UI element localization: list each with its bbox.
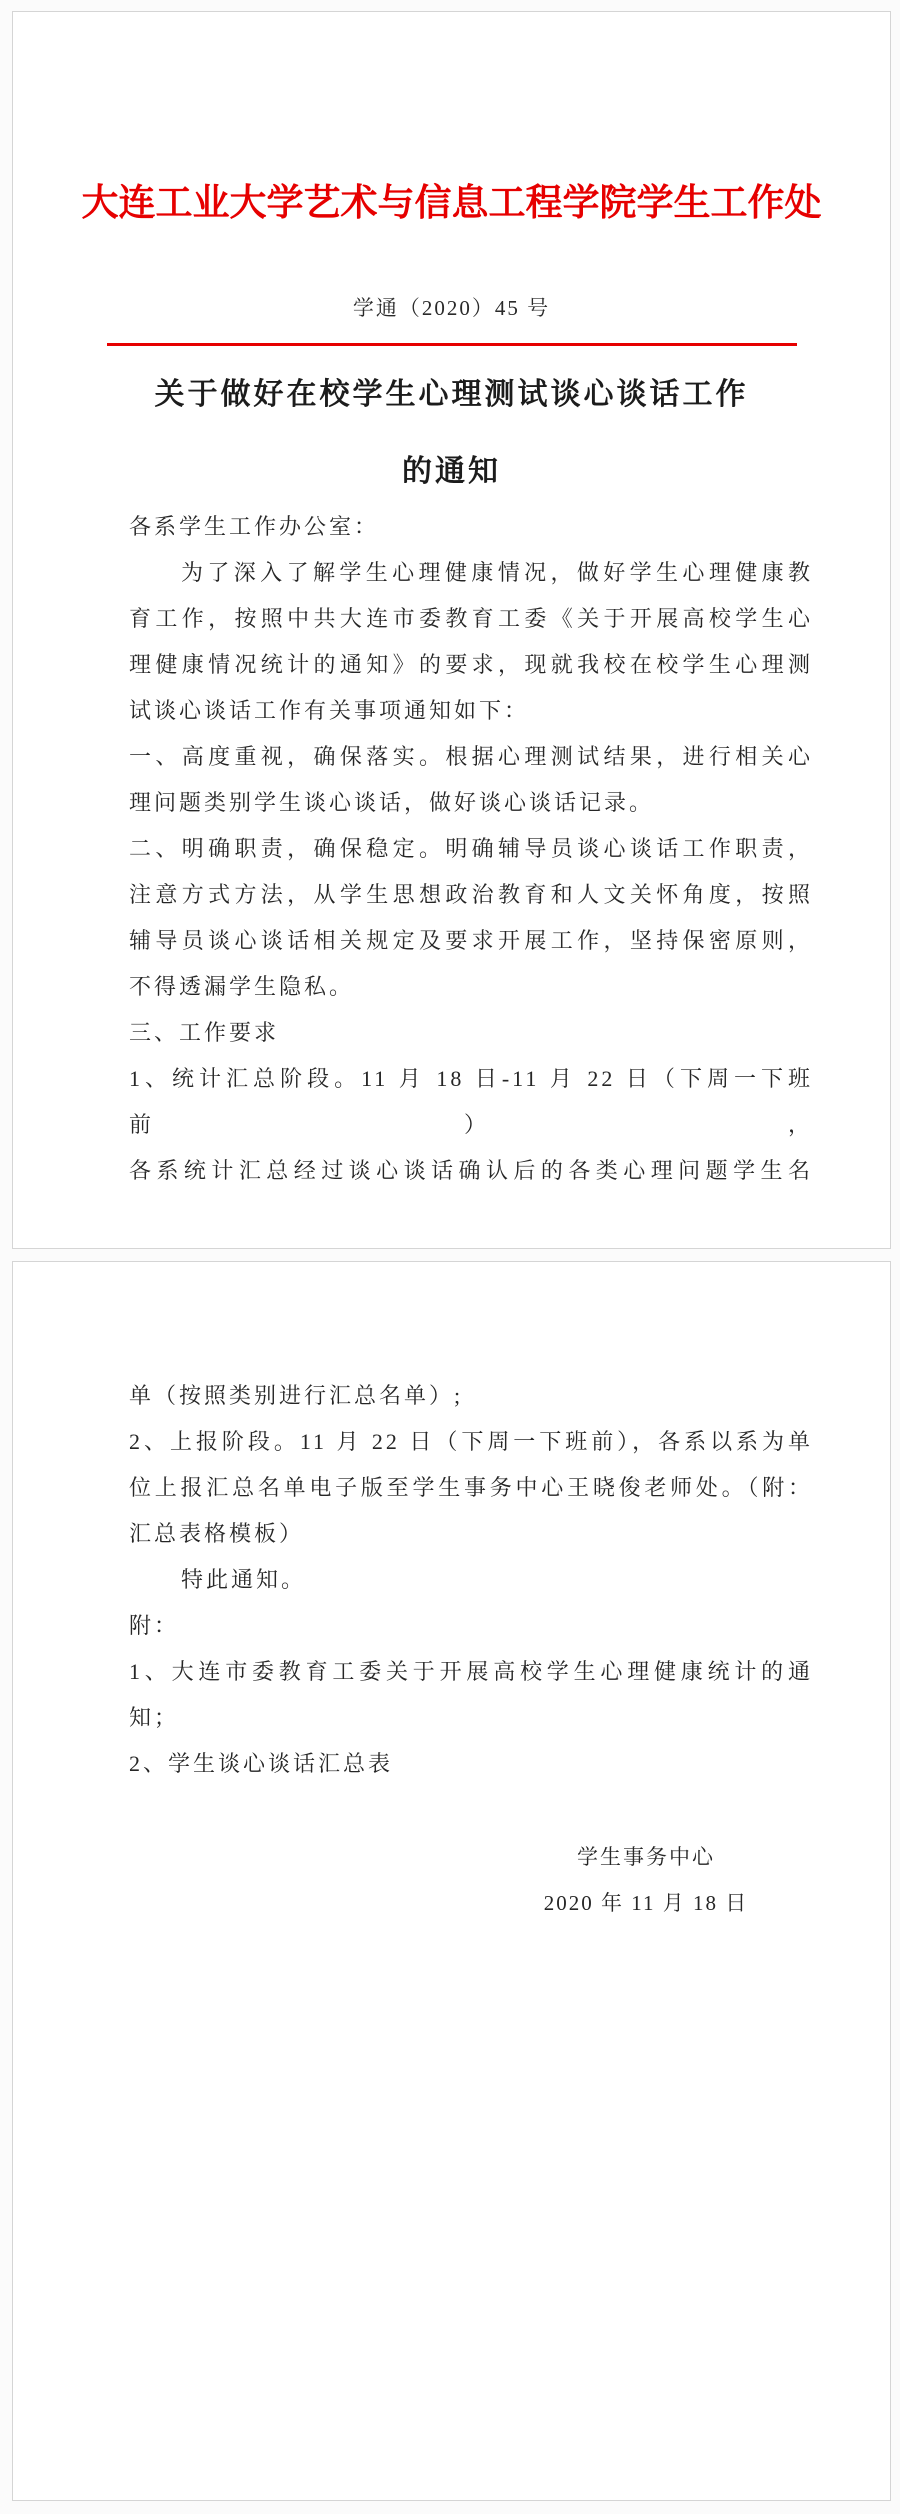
page1-body: 各系学生工作办公室：为了深入了解学生心理健康情况，做好学生心理健康教育工作，按照…	[129, 504, 813, 1194]
body-line: 1、大连市委教育工委关于开展高校学生心理健康统计的通	[129, 1649, 813, 1695]
body-line: 注意方式方法，从学生思想政治教育和人文关怀角度，按照	[129, 872, 813, 918]
body-line: 为了深入了解学生心理健康情况，做好学生心理健康教	[129, 550, 813, 596]
closing-block: 学生事务中心 2020 年 11 月 18 日	[496, 1834, 796, 1926]
document-number: 学通（2020）45 号	[13, 295, 890, 322]
body-line: 三、工作要求	[129, 1010, 813, 1056]
red-divider-line	[107, 343, 797, 346]
body-line: 2、学生谈心谈话汇总表	[129, 1741, 813, 1787]
signature-date: 2020 年 11 月 18 日	[496, 1880, 796, 1926]
body-line: 试谈心谈话工作有关事项通知如下：	[129, 688, 813, 734]
body-line: 1、统计汇总阶段。11 月 18 日-11 月 22 日（下周一下班前），	[129, 1056, 813, 1148]
body-line: 育工作，按照中共大连市委教育工委《关于开展高校学生心	[129, 596, 813, 642]
body-line: 理问题类别学生谈心谈话，做好谈心谈话记录。	[129, 780, 813, 826]
notice-title-line1: 关于做好在校学生心理测试谈心谈话工作	[13, 367, 890, 423]
document-viewer: 大连工业大学艺术与信息工程学院学生工作处 学通（2020）45 号 关于做好在校…	[0, 0, 900, 2514]
page-1: 大连工业大学艺术与信息工程学院学生工作处 学通（2020）45 号 关于做好在校…	[12, 11, 891, 1249]
body-line: 位上报汇总名单电子版至学生事务中心王晓俊老师处。（附：	[129, 1465, 813, 1511]
signature-department: 学生事务中心	[496, 1834, 796, 1880]
body-line: 不得透漏学生隐私。	[129, 964, 813, 1010]
body-line: 2、上报阶段。11 月 22 日（下周一下班前），各系以系为单	[129, 1419, 813, 1465]
letterhead-title: 大连工业大学艺术与信息工程学院学生工作处	[13, 177, 890, 231]
body-line: 辅导员谈心谈话相关规定及要求开展工作，坚持保密原则，	[129, 918, 813, 964]
body-line: 汇总表格模板）	[129, 1511, 813, 1557]
page2-body: 单（按照类别进行汇总名单）;2、上报阶段。11 月 22 日（下周一下班前），各…	[129, 1373, 813, 1787]
page-2: 单（按照类别进行汇总名单）;2、上报阶段。11 月 22 日（下周一下班前），各…	[12, 1261, 891, 2501]
body-line: 各系统计汇总经过谈心谈话确认后的各类心理问题学生名	[129, 1148, 813, 1194]
body-line: 二、明确职责，确保稳定。明确辅导员谈心谈话工作职责，	[129, 826, 813, 872]
notice-title-line2: 的通知	[13, 444, 890, 500]
body-line: 理健康情况统计的通知》的要求，现就我校在校学生心理测	[129, 642, 813, 688]
body-line: 一、高度重视，确保落实。根据心理测试结果，进行相关心	[129, 734, 813, 780]
body-line: 单（按照类别进行汇总名单）;	[129, 1373, 813, 1419]
body-line: 附：	[129, 1603, 813, 1649]
body-line: 各系学生工作办公室：	[129, 504, 813, 550]
body-line: 知；	[129, 1695, 813, 1741]
body-line: 特此通知。	[129, 1557, 813, 1603]
